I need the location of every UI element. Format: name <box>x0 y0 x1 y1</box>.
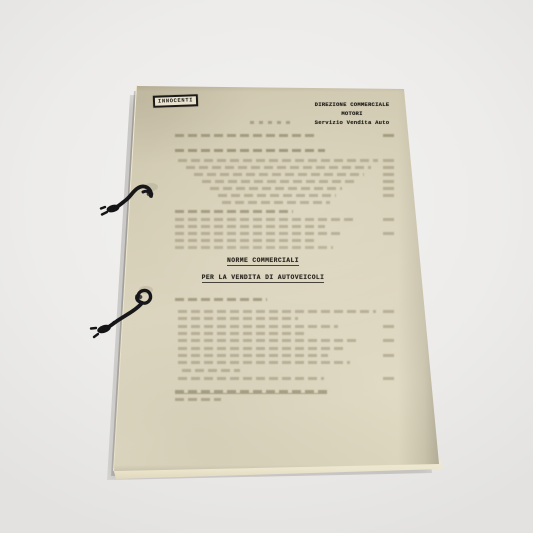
ghost-line <box>250 121 294 124</box>
ghost-line <box>175 134 317 137</box>
ghost-page-number <box>383 377 394 380</box>
title-line2: PER LA VENDITA DI AUTOVEICOLI <box>163 269 363 286</box>
ghost-page-number <box>383 339 394 342</box>
ghost-page-number <box>383 166 394 169</box>
ghost-page-number <box>383 310 394 313</box>
ghost-line <box>178 325 338 328</box>
ghost-page-number <box>383 159 394 162</box>
header-block: DIREZIONE COMMERCIALE MOTORI Servizio Ve… <box>304 100 400 127</box>
ghost-line <box>222 201 330 204</box>
ghost-line <box>178 361 350 364</box>
ghost-page-number <box>383 173 394 176</box>
ghost-line <box>175 390 327 394</box>
ghost-line <box>178 354 328 357</box>
ghost-page-number <box>383 134 394 137</box>
ghost-line <box>178 317 298 320</box>
ghost-line <box>218 194 336 197</box>
title-line1: NORME COMMERCIALI <box>163 252 363 269</box>
ghost-line <box>175 246 333 249</box>
ghost-line <box>175 149 325 152</box>
ghost-line <box>194 173 364 176</box>
ghost-line <box>175 239 315 242</box>
binding-knot-top <box>101 203 123 215</box>
header-line2: Servizio Vendita Auto <box>304 118 400 127</box>
ghost-line <box>210 187 342 190</box>
ghost-line <box>178 347 346 350</box>
ghost-page-number <box>383 354 394 357</box>
ghost-line <box>175 298 267 301</box>
ghost-page-number <box>383 232 394 235</box>
innocenti-logo-stamp: INNOCENTI <box>153 94 199 108</box>
ghost-line <box>175 218 357 221</box>
ghost-line <box>175 210 293 213</box>
ghost-line <box>175 398 221 401</box>
ghost-line <box>178 159 378 162</box>
binding-knot-bottom <box>91 322 114 337</box>
ghost-line <box>178 332 306 335</box>
ghost-page-number <box>383 194 394 197</box>
ghost-line <box>202 180 354 183</box>
ghost-line <box>178 339 356 342</box>
ghost-page-number <box>383 218 394 221</box>
ghost-line <box>175 225 325 228</box>
ghost-line <box>186 166 371 169</box>
document-cover: INNOCENTI DIREZIONE COMMERCIALE MOTORI S… <box>112 82 444 480</box>
header-line1: DIREZIONE COMMERCIALE MOTORI <box>304 100 400 118</box>
ghost-line <box>182 369 240 372</box>
ghost-line <box>178 377 324 380</box>
ghost-page-number <box>383 187 394 190</box>
ghost-line <box>175 232 343 235</box>
ghost-page-number <box>383 180 394 183</box>
logo-text: INNOCENTI <box>158 96 193 104</box>
document-title: NORME COMMERCIALI PER LA VENDITA DI AUTO… <box>163 252 363 286</box>
ghost-page-number <box>383 325 394 328</box>
ghost-line <box>178 310 376 313</box>
photo-background: INNOCENTI DIREZIONE COMMERCIALE MOTORI S… <box>0 0 533 533</box>
